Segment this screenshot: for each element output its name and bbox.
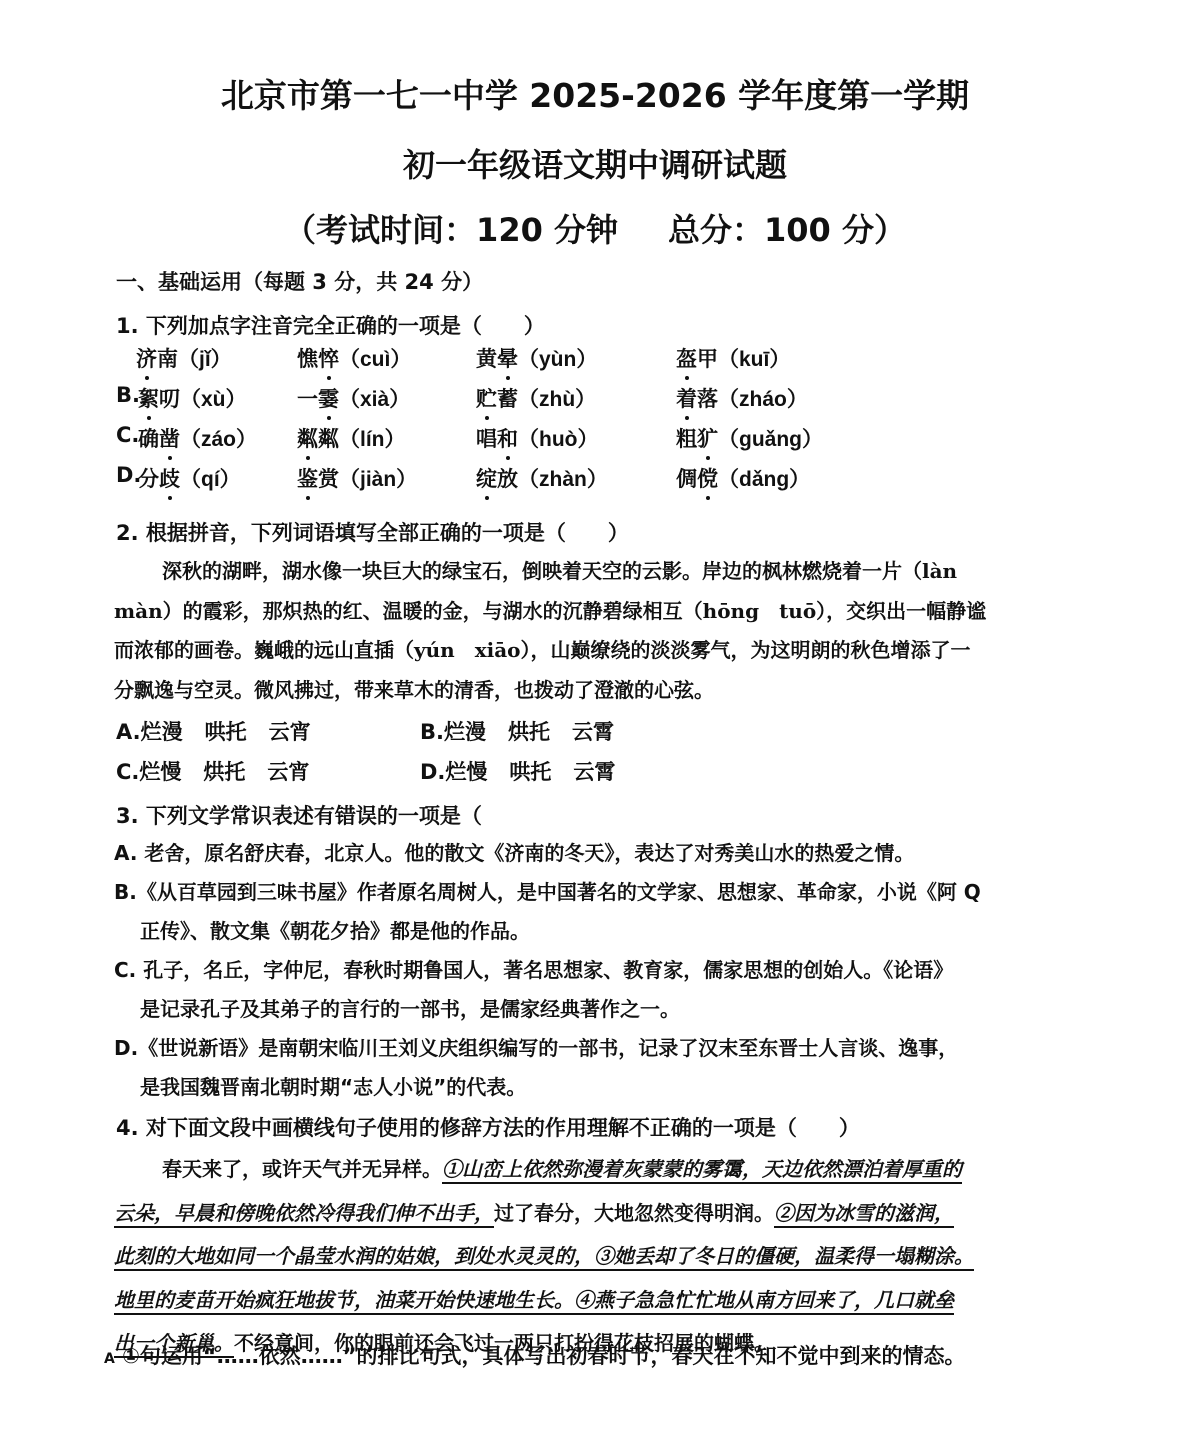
pinyin: （zhù） bbox=[518, 388, 596, 411]
q4-passage: 春天来了，或许天气并无异样。①山峦上依然弥漫着灰蒙蒙的雾霭，天边依然漂泊着厚重的… bbox=[114, 1148, 1106, 1366]
q1-stem: 1. 下列加点字注音完全正确的一项是（ ） bbox=[116, 310, 545, 340]
q3-option-c: C. 孔子，名丘，字仲尼，春秋时期鲁国人，著名思想家、教育家，儒家思想的创始人。… bbox=[114, 951, 1114, 990]
q2-stem: 2. 根据拼音，下列词语填写全部正确的一项是（ ） bbox=[116, 517, 629, 547]
q1-word: 粼粼（lín） bbox=[297, 423, 406, 453]
q1-word: 绽放（zhàn） bbox=[476, 463, 608, 493]
exam-time: （考试时间：120 分钟 bbox=[284, 211, 618, 249]
pinyin: （zhàn） bbox=[518, 468, 608, 491]
q1-word: 盔甲（kuī） bbox=[676, 343, 790, 373]
q4-passage-line: 此刻的大地如同一个晶莹水润的姑娘，到处水灵灵的，③她丢却了冬日的僵硬，温柔得一塌… bbox=[114, 1235, 1106, 1279]
underlined-sentence: ①山峦上依然弥漫着灰蒙蒙的雾霭，天边依然漂泊着厚重的 bbox=[442, 1157, 962, 1181]
q3-option-c-cont: 是记录孔子及其弟子的言行的一部书，是儒家经典著作之一。 bbox=[114, 990, 1114, 1029]
underlined-sentence: ②因为冰雪的滋润， bbox=[774, 1201, 954, 1225]
q4-option-a-text: ①句运用“……依然……”的排比句式，具体写出初春时节，春天在不知不觉中到来的情态… bbox=[122, 1344, 965, 1368]
underlined-sentence: 云朵，早晨和傍晚依然冷得我们伸不出手， bbox=[114, 1201, 494, 1225]
q4-passage-line: 春天来了，或许天气并无异样。①山峦上依然弥漫着灰蒙蒙的雾霭，天边依然漂泊着厚重的 bbox=[114, 1148, 1106, 1192]
pinyin: （záo） bbox=[180, 428, 257, 451]
q3-stem: 3. 下列文学常识表述有错误的一项是（ bbox=[116, 800, 482, 830]
q3-option-d: D.《世说新语》是南朝宋临川王刘义庆组织编写的一部书，记录了汉末至东晋士人言谈、… bbox=[114, 1029, 1114, 1068]
underlined-sentence: 此刻的大地如同一个晶莹水润的姑娘，到处水灵灵的，③她丢却了冬日的僵硬，温柔得一塌… bbox=[114, 1244, 974, 1268]
pinyin: （lín） bbox=[339, 428, 406, 451]
q2-passage-line: màn）的霞彩，那炽热的红、温暖的金，与湖水的沉静碧绿相互（hōng tuō），… bbox=[114, 592, 1106, 632]
q1-word: 济南（jǐ） bbox=[136, 343, 232, 373]
exam-page: 北京市第一七一中学 2025-2026 学年度第一学期 初一年级语文期中调研试题… bbox=[0, 0, 1190, 1454]
section-title: 一、基础运用（每题 3 分，共 24 分） bbox=[116, 266, 483, 296]
exam-info: （考试时间：120 分钟总分：100 分） bbox=[0, 205, 1190, 251]
pinyin: （yùn） bbox=[518, 348, 597, 371]
q1-word: 粗犷（guǎng） bbox=[676, 423, 823, 453]
q1-word: 确凿（záo） bbox=[138, 423, 257, 453]
q3-option-a: A. 老舍，原名舒庆春，北京人。他的散文《济南的冬天》，表达了对秀美山水的热爱之… bbox=[114, 834, 1114, 873]
q1-word: 倜傥（dǎng） bbox=[676, 463, 810, 493]
exam-subject-title: 初一年级语文期中调研试题 bbox=[0, 140, 1190, 186]
q1-word: 贮蓄（zhù） bbox=[476, 383, 596, 413]
q2-option-d: D.烂慢哄托云霄 bbox=[420, 756, 637, 786]
q1-word: 着落（zháo） bbox=[676, 383, 808, 413]
q3-options: A. 老舍，原名舒庆春，北京人。他的散文《济南的冬天》，表达了对秀美山水的热爱之… bbox=[114, 834, 1114, 1107]
q2-option-b: B.烂漫烘托云霄 bbox=[420, 716, 636, 746]
q4-passage-line: 地里的麦苗开始疯狂地拔节，油菜开始快速地生长。④燕子急急忙忙地从南方回来了，几口… bbox=[114, 1279, 1106, 1323]
q1-option-label: C. bbox=[116, 423, 139, 447]
pinyin: （cuì） bbox=[339, 348, 411, 371]
exam-school-title: 北京市第一七一中学 2025-2026 学年度第一学期 bbox=[0, 70, 1190, 117]
q2-passage-line: 而浓郁的画卷。巍峨的远山直插（yún xiāo），山巅缭绕的淡淡雾气，为这明朗的… bbox=[114, 631, 1106, 671]
q4-stem: 4. 对下面文段中画横线句子使用的修辞方法的作用理解不正确的一项是（ ） bbox=[116, 1112, 860, 1142]
q1-word: 黄晕（yùn） bbox=[476, 343, 597, 373]
q3-option-b: B.《从百草园到三味书屋》作者原名周树人，是中国著名的文学家、思想家、革命家，小… bbox=[114, 873, 1114, 912]
q2-passage-line: 深秋的湖畔，湖水像一块巨大的绿宝石，倒映着天空的云影。岸边的枫林燃烧着一片（là… bbox=[114, 552, 1106, 592]
q4-option-a: A ①句运用“……依然……”的排比句式，具体写出初春时节，春天在不知不觉中到来的… bbox=[104, 1340, 966, 1370]
q3-option-b-cont: 正传》、散文集《朝花夕拾》都是他的作品。 bbox=[114, 912, 1114, 951]
q1-option-label: B. bbox=[116, 383, 140, 407]
pinyin: （zháo） bbox=[718, 388, 808, 411]
pinyin: （xù） bbox=[180, 388, 247, 411]
q1-word: 絮叨（xù） bbox=[138, 383, 247, 413]
q1-word: 鉴赏（jiàn） bbox=[297, 463, 417, 493]
pinyin: （dǎng） bbox=[718, 468, 810, 491]
pinyin: （qí） bbox=[180, 468, 241, 491]
underlined-sentence: 地里的麦苗开始疯狂地拔节，油菜开始快速地生长。④燕子急急忙忙地从南方回来了，几口… bbox=[114, 1288, 954, 1312]
q2-option-c: C.烂慢烘托云宵 bbox=[116, 756, 331, 786]
q4-passage-line: 云朵，早晨和傍晚依然冷得我们伸不出手，过了春分，大地忽然变得明润。②因为冰雪的滋… bbox=[114, 1192, 1106, 1236]
q1-word: 一霎（xià） bbox=[297, 383, 410, 413]
q2-passage: 深秋的湖畔，湖水像一块巨大的绿宝石，倒映着天空的云影。岸边的枫林燃烧着一片（là… bbox=[114, 552, 1106, 710]
pinyin: （guǎng） bbox=[718, 428, 823, 451]
pinyin: （kuī） bbox=[718, 348, 790, 371]
exam-total-score: 总分：100 分） bbox=[668, 211, 906, 249]
q2-option-a: A.烂漫哄托云宵 bbox=[116, 716, 333, 746]
q1-word: 憔悴（cuì） bbox=[297, 343, 411, 373]
q3-option-d-cont: 是我国魏晋南北朝时期“志人小说”的代表。 bbox=[114, 1068, 1114, 1107]
pinyin: （huò） bbox=[518, 428, 598, 451]
q1-word: 分歧（qí） bbox=[138, 463, 241, 493]
pinyin: （jiàn） bbox=[339, 468, 417, 491]
q2-passage-line: 分飘逸与空灵。微风拂过，带来草木的清香，也拨动了澄澈的心弦。 bbox=[114, 671, 1106, 711]
pinyin: （jǐ） bbox=[178, 348, 232, 371]
option-a-handwritten-mark: A bbox=[104, 1351, 115, 1367]
q1-word: 唱和（huò） bbox=[476, 423, 598, 453]
pinyin: （xià） bbox=[339, 388, 410, 411]
